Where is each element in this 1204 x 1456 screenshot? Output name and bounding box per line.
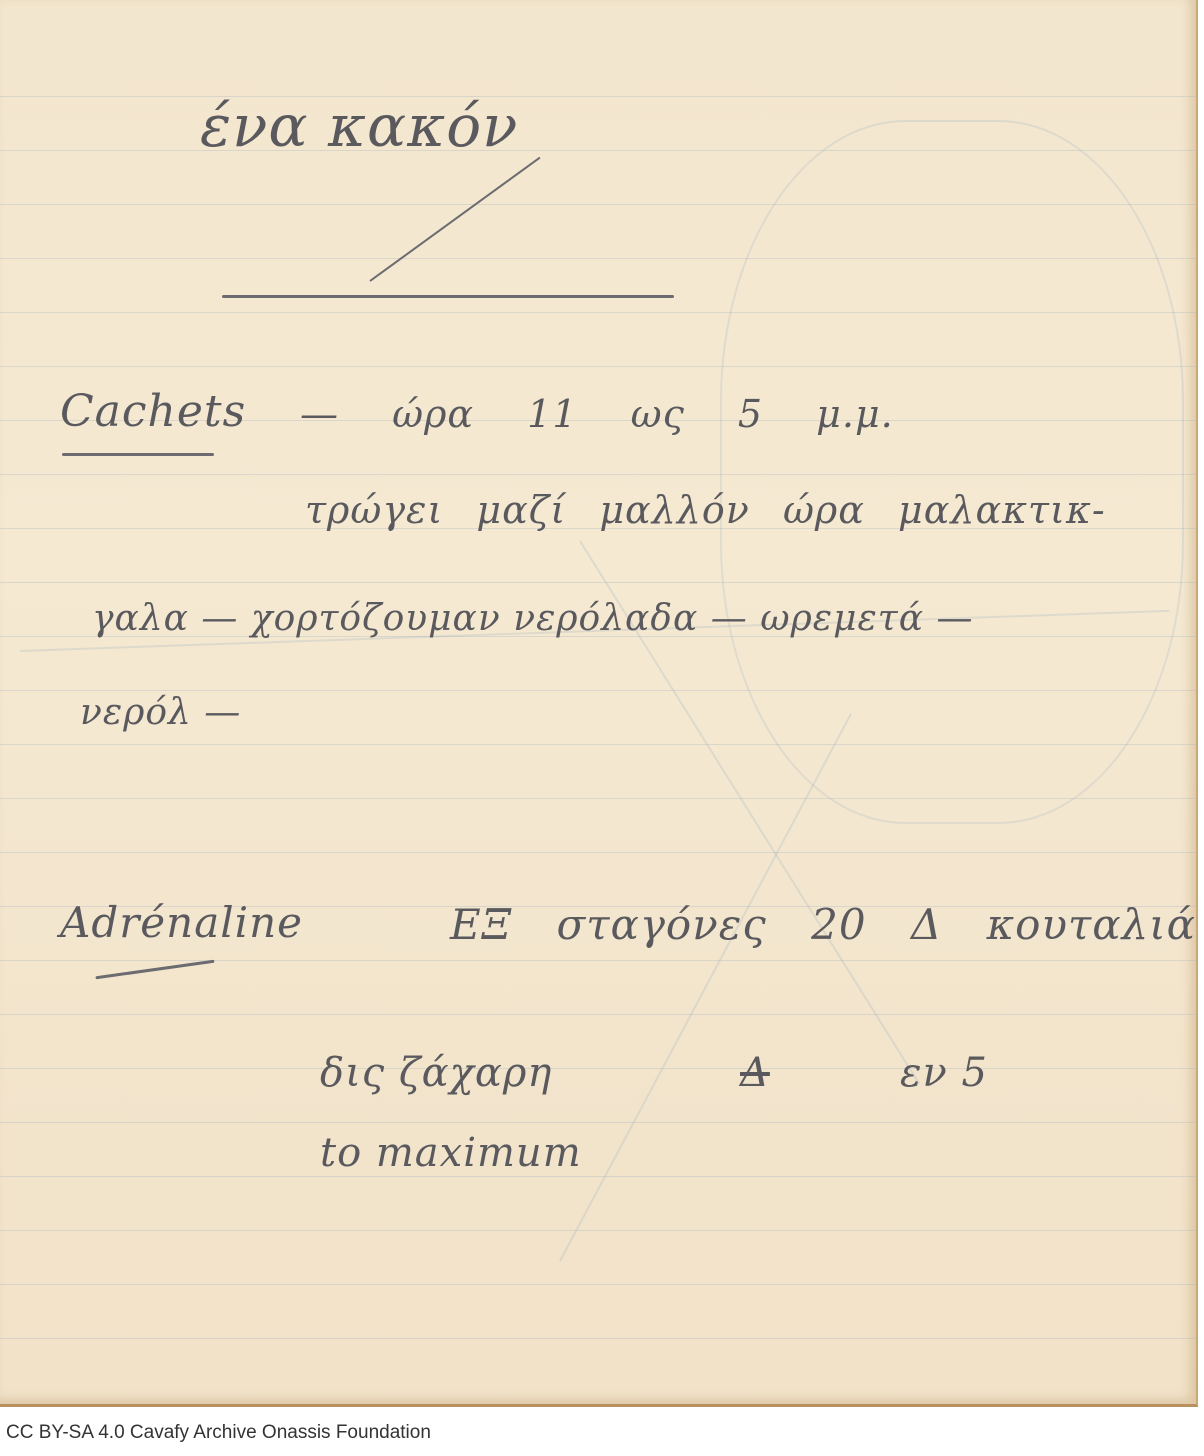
manuscript-line: νερόλ — xyxy=(80,692,241,733)
manuscript-line: δις ζάχαρη xyxy=(320,1050,552,1096)
manuscript-line: to maximum xyxy=(320,1130,582,1176)
ruled-line xyxy=(0,1176,1196,1177)
manuscript-line: γαλα — χορτόζουμαν νερόλαδα — ωρεμετά — xyxy=(92,598,973,639)
manuscript-line: εν 5 xyxy=(900,1050,988,1096)
manuscript-line: — ώρα 11 ως 5 μ.μ. xyxy=(300,392,894,436)
ruled-line xyxy=(0,960,1196,961)
title-underline xyxy=(222,295,674,298)
ruled-line xyxy=(0,1068,1196,1069)
bleed-through-line xyxy=(559,713,852,1261)
manuscript-page: ένα κακόν Cachets — ώρα 11 ως 5 μ.μ. τρώ… xyxy=(0,0,1198,1407)
heading-adrenaline: Adrénaline xyxy=(60,898,303,947)
manuscript-line: τρώγει μαζί μαλλόν ώρα μαλακτικ- xyxy=(305,488,1106,532)
bleed-through-sketch xyxy=(720,120,1184,824)
heading-underline xyxy=(62,453,214,456)
title-flourish xyxy=(369,157,540,282)
manuscript-title: ένα κακόν xyxy=(200,92,518,160)
archive-credit: CC BY-SA 4.0 Cavafy Archive Onassis Foun… xyxy=(6,1422,431,1444)
heading-cachets: Cachets xyxy=(60,386,246,437)
ruled-line xyxy=(0,1338,1196,1339)
manuscript-line: ΕΞ σταγόνες 20 Δ κουταλιά xyxy=(450,900,1196,949)
ruled-line xyxy=(0,1284,1196,1285)
ruled-line xyxy=(0,1230,1196,1231)
ruled-line xyxy=(0,1122,1196,1123)
heading-underline xyxy=(95,960,214,980)
ruled-line xyxy=(0,1014,1196,1015)
ruled-line xyxy=(0,852,1196,853)
ruled-line xyxy=(0,96,1196,97)
struck-word: Δ xyxy=(740,1050,770,1096)
